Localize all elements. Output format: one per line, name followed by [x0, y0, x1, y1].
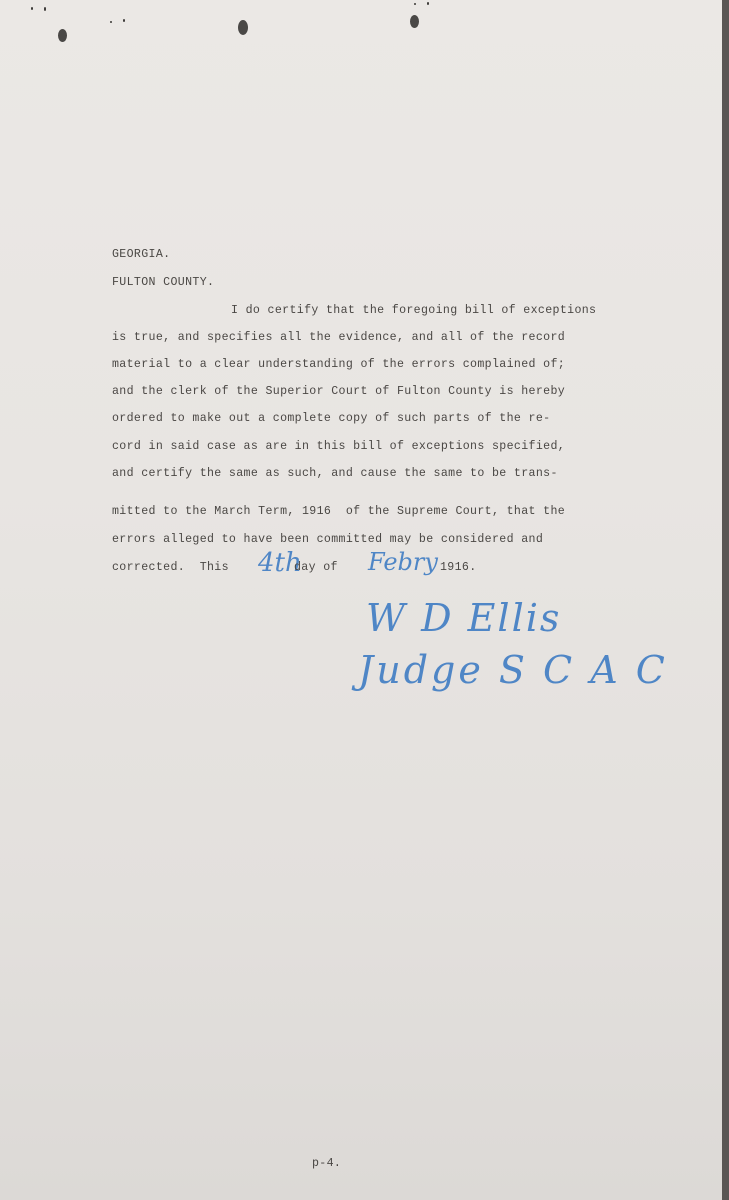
speck: [123, 19, 125, 22]
body-line: cord in said case as are in this bill of…: [112, 440, 565, 454]
speck: [427, 2, 429, 5]
page-edge-shadow: [722, 0, 729, 1200]
punch-hole-left: [58, 29, 67, 42]
closing-year: 1916.: [440, 561, 477, 575]
punch-hole-right: [410, 15, 419, 28]
body-line: and the clerk of the Superior Court of F…: [112, 385, 565, 399]
state-heading: GEORGIA.: [112, 248, 170, 262]
page-number: p-4.: [312, 1157, 341, 1171]
speck: [44, 7, 46, 11]
handwritten-month: Febry: [368, 548, 438, 576]
body-line: and certify the same as such, and cause …: [112, 467, 558, 481]
body-line: I do certify that the foregoing bill of …: [231, 304, 596, 318]
punch-hole-center: [238, 20, 248, 35]
speck: [414, 3, 416, 5]
body-line: material to a clear understanding of the…: [112, 358, 565, 372]
speck: [110, 21, 112, 23]
county-heading: FULTON COUNTY.: [112, 276, 214, 290]
signature-title: Judge S C A C: [358, 648, 668, 692]
speck: [31, 7, 33, 10]
closing-prefix: corrected. This: [112, 561, 229, 575]
body-line: mitted to the March Term, 1916 of the Su…: [112, 505, 565, 519]
body-line: errors alleged to have been committed ma…: [112, 533, 543, 547]
closing-middle: day of: [294, 561, 338, 575]
body-line: is true, and specifies all the evidence,…: [112, 331, 565, 345]
body-line: ordered to make out a complete copy of s…: [112, 412, 550, 426]
signature-name: W D Ellis: [366, 596, 561, 640]
document-page: GEORGIA. FULTON COUNTY. I do certify tha…: [0, 0, 722, 1200]
